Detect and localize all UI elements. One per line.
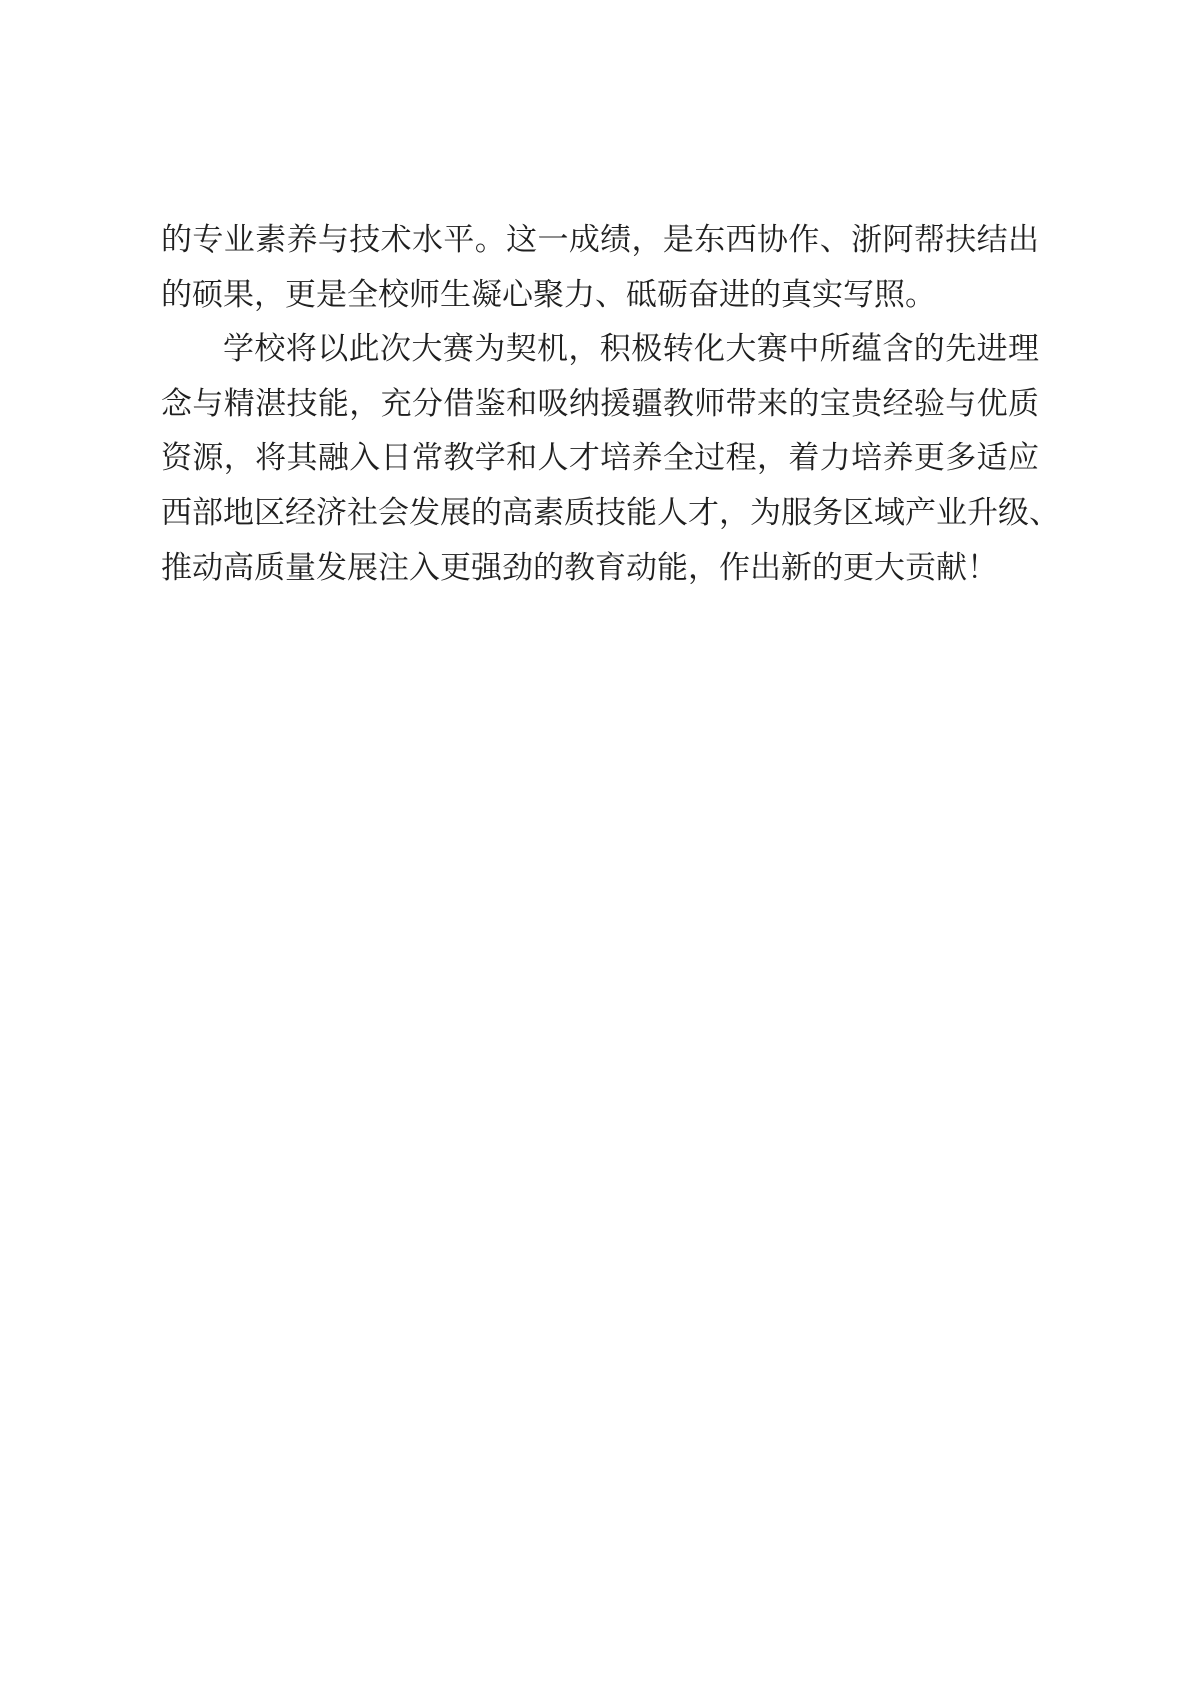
paragraph-2-line-1: 学校将以此次大赛为契机，积极转化大赛中所蕴含的先进理	[161, 322, 1039, 377]
paragraph-2-line-2: 念与精湛技能，充分借鉴和吸纳援疆教师带来的宝贵经验与优质	[161, 377, 1039, 432]
paragraph-2-line-4: 西部地区经济社会发展的高素质技能人才，为服务区域产业升级、	[161, 486, 1039, 541]
paragraph-2-line-3: 资源，将其融入日常教学和人才培养全过程，着力培养更多适应	[161, 431, 1039, 486]
paragraph-2-line-5: 推动高质量发展注入更强劲的教育动能，作出新的更大贡献！	[161, 541, 1039, 596]
document-page: 的专业素养与技术水平。这一成绩，是东西协作、浙阿帮扶结出 的硕果，更是全校师生凝…	[0, 0, 1191, 1684]
paragraph-1-line-1: 的专业素养与技术水平。这一成绩，是东西协作、浙阿帮扶结出	[161, 213, 1039, 268]
paragraph-1-line-2: 的硕果，更是全校师生凝心聚力、砥砺奋进的真实写照。	[161, 268, 1039, 323]
body-text: 的专业素养与技术水平。这一成绩，是东西协作、浙阿帮扶结出 的硕果，更是全校师生凝…	[161, 213, 1039, 595]
